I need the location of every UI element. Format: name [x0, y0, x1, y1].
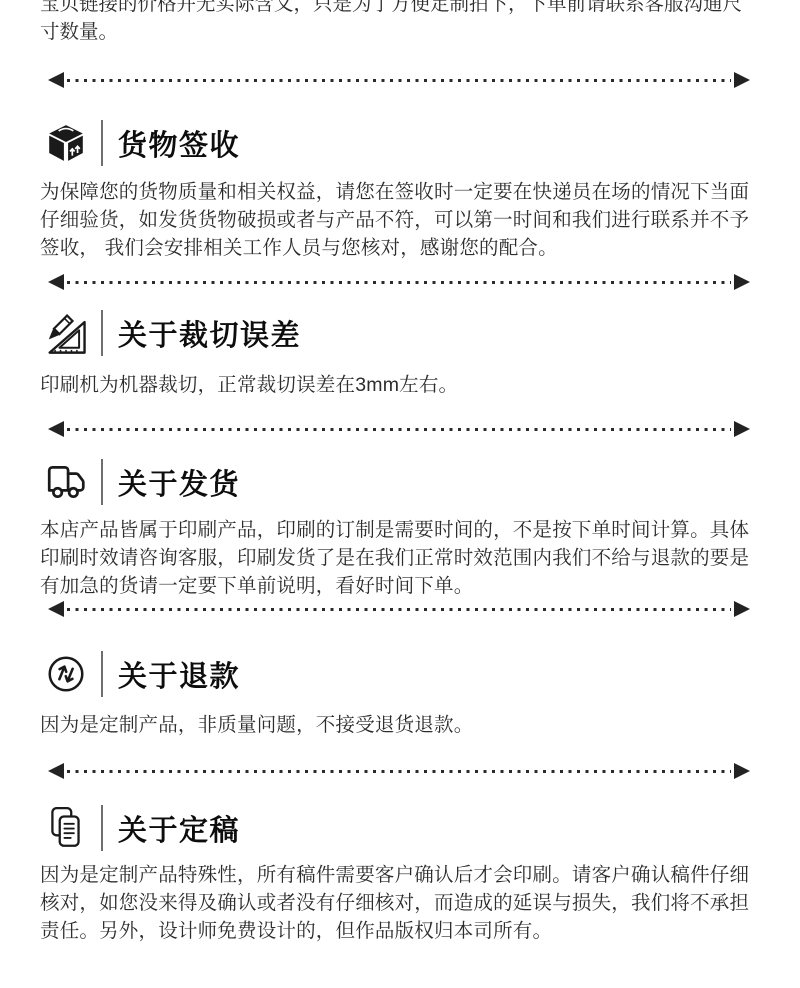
header-rule — [101, 651, 103, 697]
arrow-right-icon — [734, 274, 750, 290]
section-header-refund: 关于退款 — [42, 649, 800, 699]
section-header-shipping: 关于发货 — [42, 457, 800, 507]
section-body: 印刷机为机器裁切，正常裁切误差在3mm左右。 — [40, 371, 752, 399]
arrow-left-icon — [48, 72, 64, 88]
package-icon — [42, 118, 90, 168]
dashed-line — [67, 79, 731, 82]
arrow-right-icon — [734, 72, 750, 88]
dashed-line — [67, 608, 731, 611]
section-title: 关于裁切误差 — [118, 313, 301, 354]
dashed-line — [67, 281, 731, 284]
header-rule — [101, 310, 103, 356]
refund-arrows-icon — [42, 649, 90, 699]
arrow-left-icon — [48, 274, 64, 290]
section-title: 关于发货 — [118, 462, 240, 503]
section-header-goods-receipt: 货物签收 — [42, 118, 800, 168]
arrow-right-icon — [734, 601, 750, 617]
section-body: 因为是定制产品，非质量问题，不接受退货退款。 — [40, 711, 752, 739]
arrow-right-icon — [734, 763, 750, 779]
section-body: 因为是定制产品特殊性，所有稿件需要客户确认后才会印刷。请客户确认稿件仔细核对，如… — [40, 861, 752, 945]
section-body: 为保障您的货物质量和相关权益，请您在签收时一定要在快递员在场的情况下当面仔细验货… — [40, 178, 752, 262]
arrow-left-icon — [48, 763, 64, 779]
header-rule — [101, 120, 103, 166]
arrow-left-icon — [48, 601, 64, 617]
truck-icon — [42, 457, 90, 507]
documents-icon — [42, 803, 90, 853]
section-divider — [48, 421, 750, 437]
ruler-pencil-icon — [42, 308, 90, 358]
section-title: 关于退款 — [118, 654, 240, 695]
section-divider — [48, 601, 750, 617]
arrow-left-icon — [48, 421, 64, 437]
product-detail-notice-page: 宝贝链接的价格并无实际含义，只是为了方便定制拍下，下单前请联系客服沟通尺寸数量。… — [0, 0, 800, 978]
header-rule — [101, 459, 103, 505]
section-header-cutting-tolerance: 关于裁切误差 — [42, 308, 800, 358]
section-divider — [48, 72, 750, 88]
section-title: 关于定稿 — [118, 808, 240, 849]
arrow-right-icon — [734, 421, 750, 437]
section-body: 本店产品皆属于印刷产品，印刷的订制是需要时间的，不是按下单时间计算。具体印刷时效… — [40, 516, 752, 600]
section-divider — [48, 274, 750, 290]
dashed-line — [67, 428, 731, 431]
dashed-line — [67, 770, 731, 773]
intro-text: 宝贝链接的价格并无实际含义，只是为了方便定制拍下，下单前请联系客服沟通尺寸数量。 — [40, 0, 748, 46]
section-divider — [48, 763, 750, 779]
header-rule — [101, 805, 103, 851]
section-header-final-draft: 关于定稿 — [42, 803, 800, 853]
section-title: 货物签收 — [118, 123, 240, 164]
